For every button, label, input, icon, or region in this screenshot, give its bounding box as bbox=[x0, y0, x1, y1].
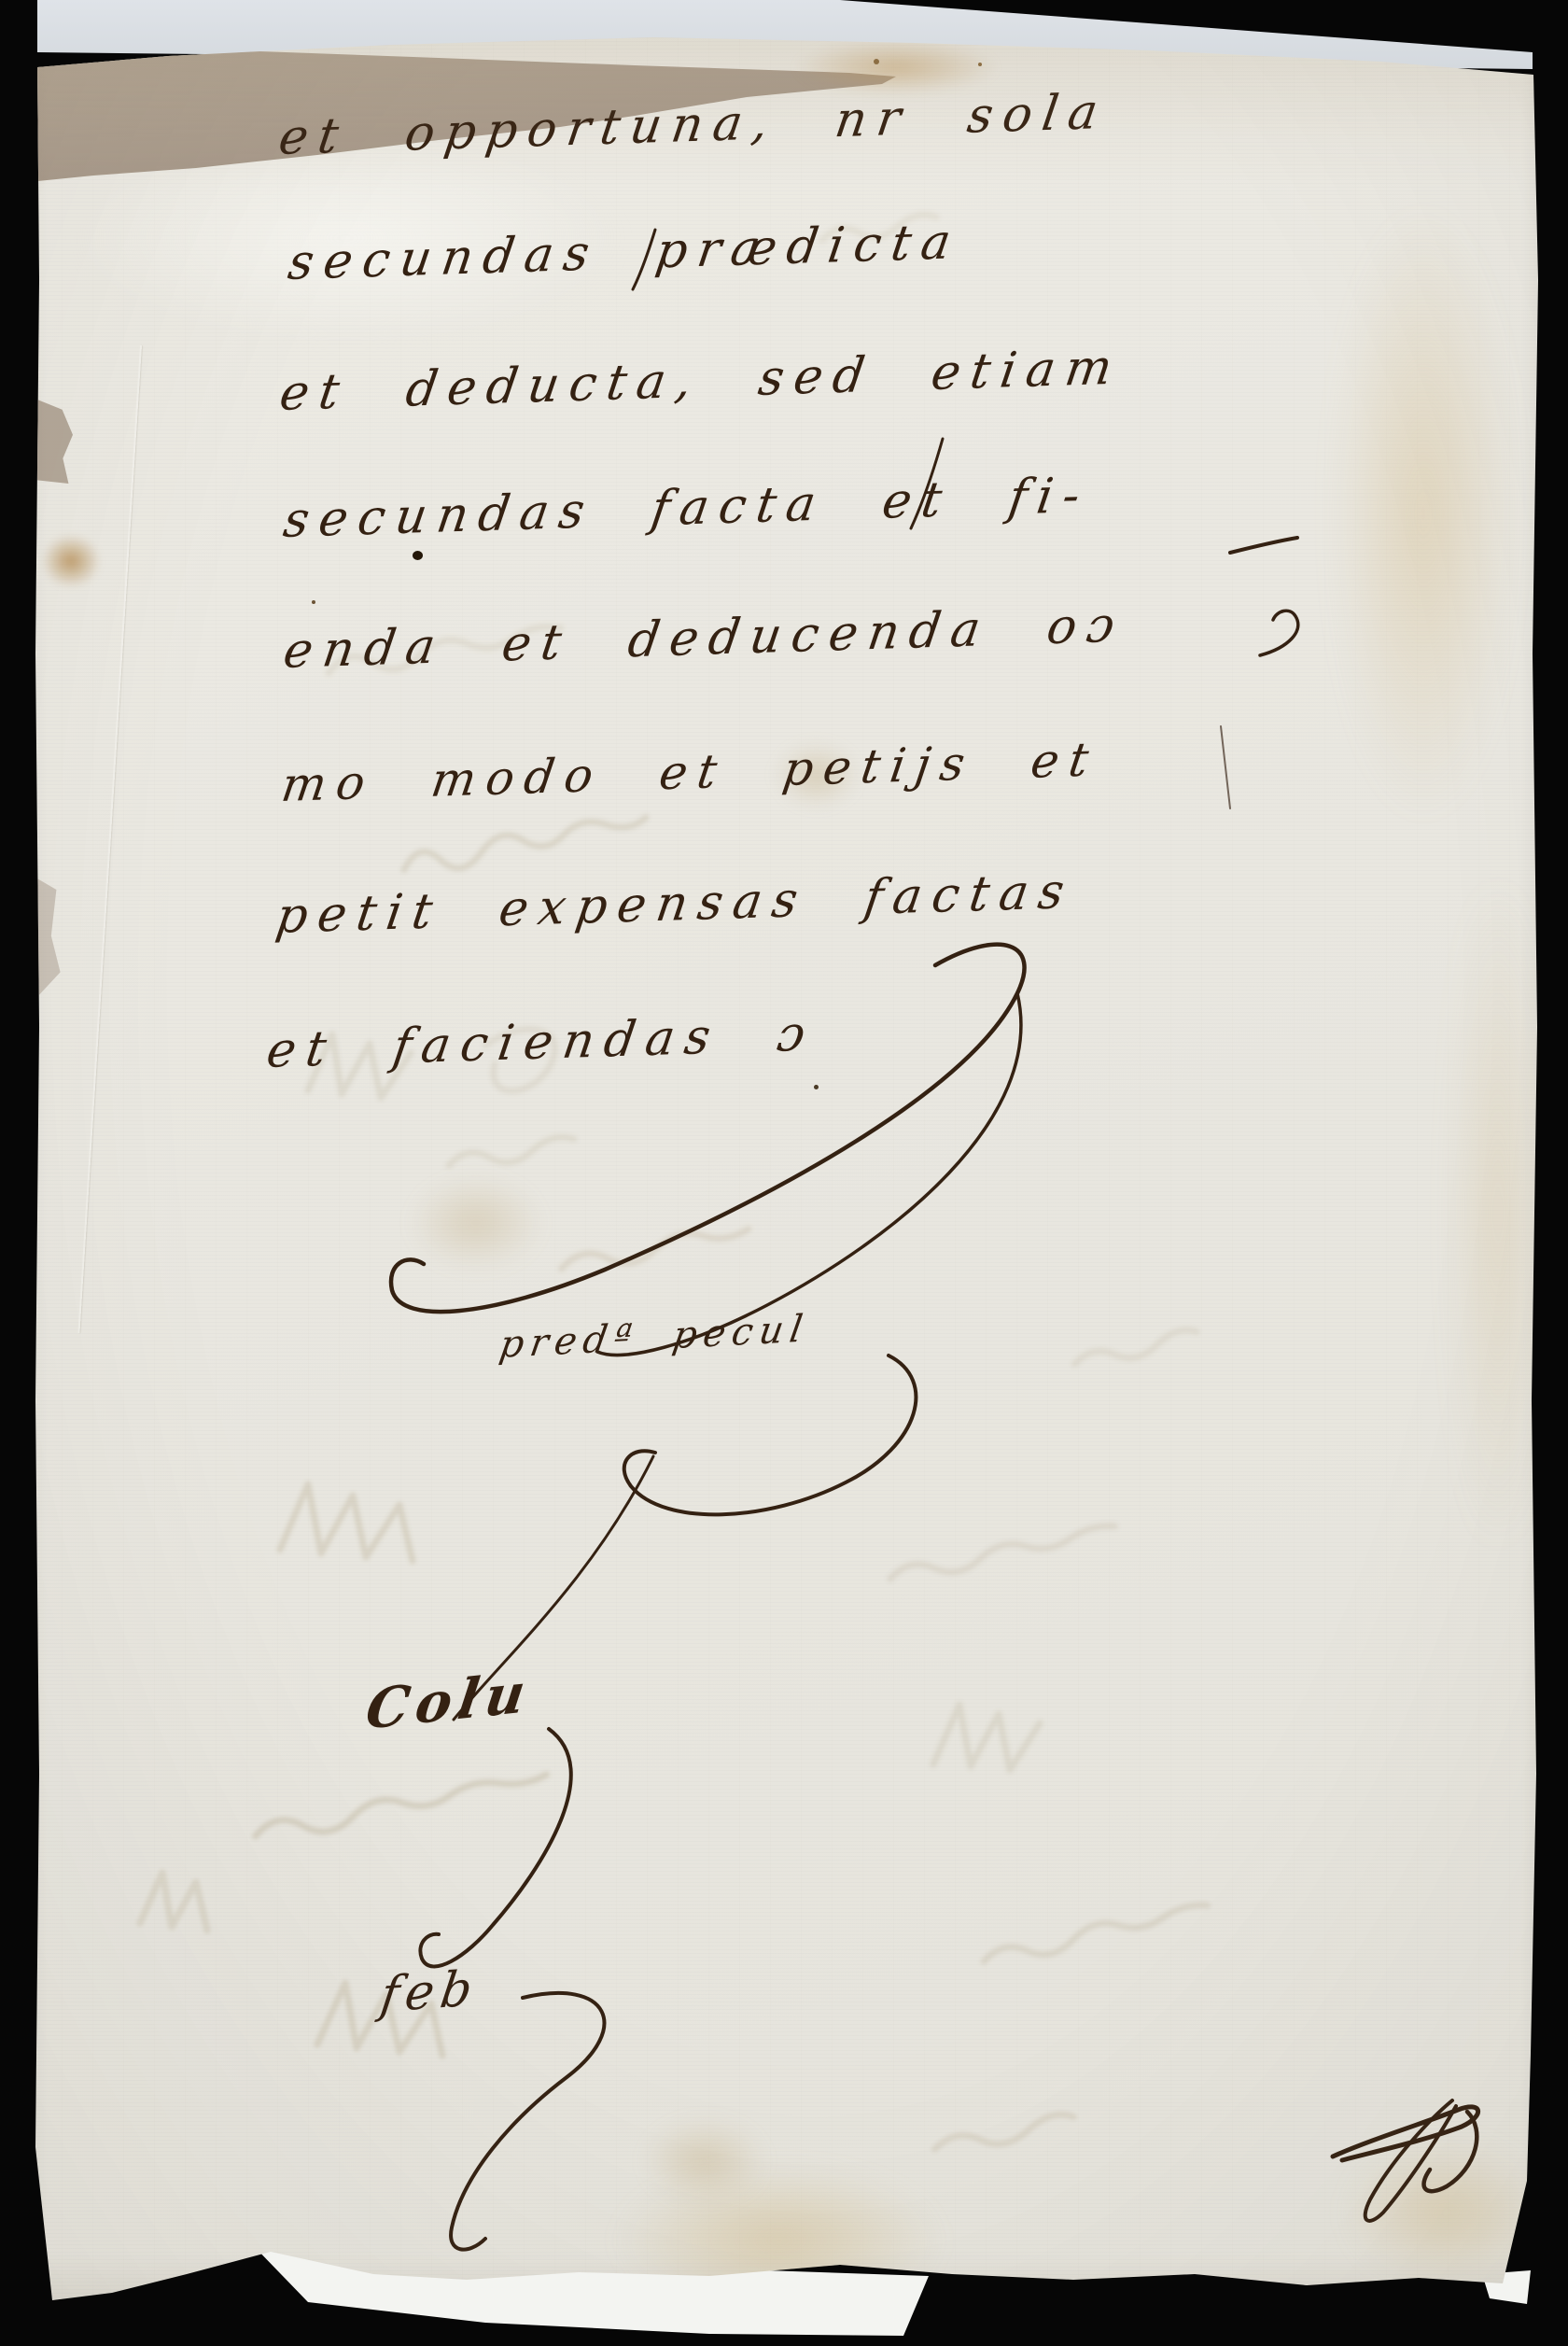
scanned-manuscript-page: et opportuna, nr sola secundas prædicta … bbox=[0, 0, 1568, 2346]
manuscript-paper: et opportuna, nr sola secundas prædicta … bbox=[0, 0, 1568, 2346]
paper-edge-shading bbox=[0, 0, 1568, 2346]
